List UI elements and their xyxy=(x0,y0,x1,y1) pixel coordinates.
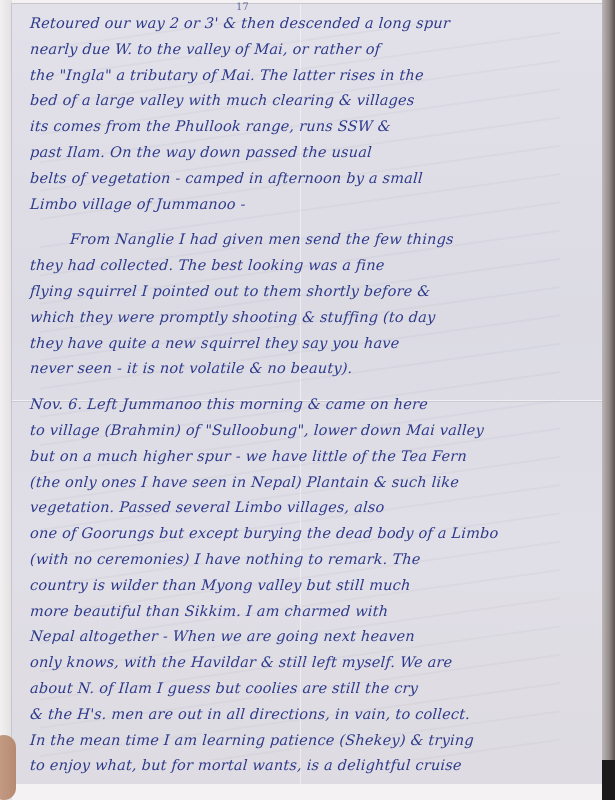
text-line: but on a much higher spur - we have litt… xyxy=(29,445,591,471)
document-scan: 17 Retoured our way 2 or 3' & then desce… xyxy=(0,0,615,800)
text-line: to enjoy what, but for mortal wants, is … xyxy=(29,754,591,780)
text-line: which they were promptly shooting & stuf… xyxy=(29,306,591,332)
text-line: belts of vegetation - camped in afternoo… xyxy=(29,167,591,193)
text-line: the "Ingla" a tributary of Mai. The latt… xyxy=(29,64,591,90)
text-line: about N. of Ilam I guess but coolies are… xyxy=(29,677,591,703)
text-line: Limbo village of Jummanoo - xyxy=(29,193,591,219)
holder-thumb xyxy=(0,735,16,800)
book-binding-edge xyxy=(602,0,615,800)
scan-bottom-margin xyxy=(12,784,602,800)
text-line: Nov. 6. Left Jummanoo this morning & cam… xyxy=(29,393,591,419)
text-line: only knows, with the Havildar & still le… xyxy=(29,651,591,677)
scan-left-margin xyxy=(0,0,12,800)
text-line: From Nanglie I had given men send the fe… xyxy=(29,228,591,254)
text-line: flying squirrel I pointed out to them sh… xyxy=(29,280,591,306)
text-line: its comes from the Phullook range, runs … xyxy=(29,115,591,141)
text-line: they had collected. The best looking was… xyxy=(29,254,591,280)
scan-dark-corner xyxy=(602,760,615,800)
text-line: country is wilder than Myong valley but … xyxy=(29,574,591,600)
text-line: nearly due W. to the valley of Mai, or r… xyxy=(29,38,591,64)
handwritten-text: Retoured our way 2 or 3' & then descende… xyxy=(30,12,590,780)
text-line: Nepal altogether - When we are going nex… xyxy=(29,625,591,651)
text-line: never seen - it is not volatile & no bea… xyxy=(29,357,591,383)
text-line: (with no ceremonies) I have nothing to r… xyxy=(29,548,591,574)
text-line: In the mean time I am learning patience … xyxy=(29,729,591,755)
text-line: more beautiful than Sikkim. I am charmed… xyxy=(29,600,591,626)
text-line: Retoured our way 2 or 3' & then descende… xyxy=(29,12,591,38)
text-line: they have quite a new squirrel they say … xyxy=(29,332,591,358)
text-line: (the only ones I have seen in Nepal) Pla… xyxy=(29,471,591,497)
text-line: vegetation. Passed several Limbo village… xyxy=(29,496,591,522)
text-line: past Ilam. On the way down passed the us… xyxy=(29,141,591,167)
text-line: bed of a large valley with much clearing… xyxy=(29,89,591,115)
text-line: to village (Brahmin) of "Sulloobung", lo… xyxy=(29,419,591,445)
text-line: one of Goorungs but except burying the d… xyxy=(29,522,591,548)
text-line: & the H's. men are out in all directions… xyxy=(29,703,591,729)
